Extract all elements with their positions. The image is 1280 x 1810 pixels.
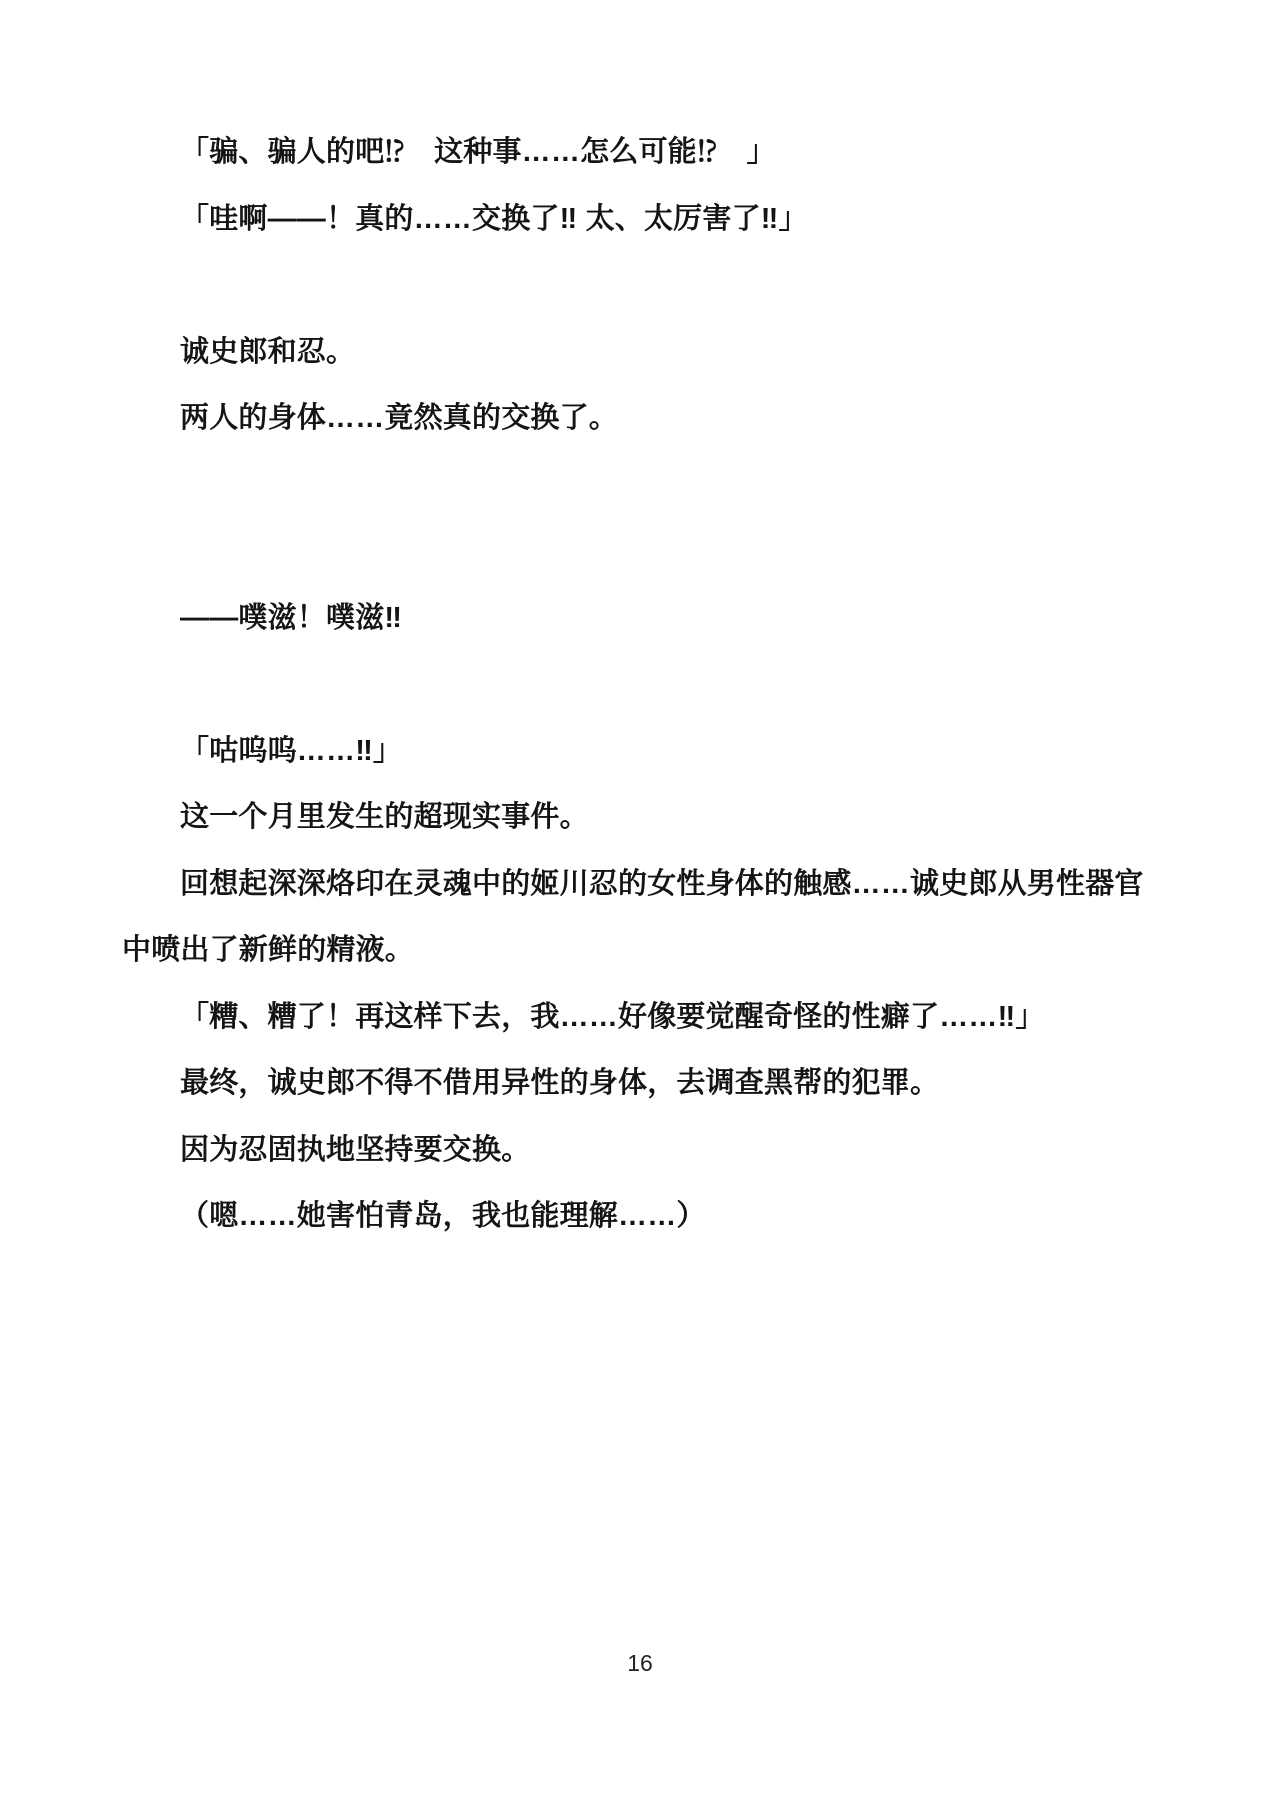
paragraph: 两人的身体……竟然真的交换了。	[122, 385, 1162, 452]
paragraph: 「糟、糟了！再这样下去，我……好像要觉醒奇怪的性癖了……‼」	[122, 984, 1162, 1051]
paragraph	[122, 452, 1162, 519]
paragraph	[122, 651, 1162, 718]
paragraph: 这一个月里发生的超现实事件。	[122, 784, 1162, 851]
text-body: 「骗、骗人的吧⁉ 这种事……怎么可能⁉ 」「哇啊——！真的……交换了‼ 太、太厉…	[122, 119, 1162, 1250]
paragraph	[122, 252, 1162, 319]
paragraph: 回想起深深烙印在灵魂中的姬川忍的女性身体的触感……诚史郎从男性器官中喷出了新鲜的…	[122, 851, 1162, 984]
page-number: 16	[0, 1648, 1280, 1678]
paragraph: （嗯……她害怕青岛，我也能理解……）	[122, 1183, 1162, 1250]
paragraph	[122, 518, 1162, 585]
paragraph: 「咕呜呜……‼」	[122, 718, 1162, 785]
paragraph: 因为忍固执地坚持要交换。	[122, 1117, 1162, 1184]
paragraph: 诚史郎和忍。	[122, 319, 1162, 386]
paragraph: 最终，诚史郎不得不借用异性的身体，去调查黑帮的犯罪。	[122, 1050, 1162, 1117]
paragraph: 「骗、骗人的吧⁉ 这种事……怎么可能⁉ 」	[122, 119, 1162, 186]
document-page: 「骗、骗人的吧⁉ 这种事……怎么可能⁉ 」「哇啊——！真的……交换了‼ 太、太厉…	[0, 0, 1280, 1810]
paragraph: ——噗滋！噗滋‼	[122, 585, 1162, 652]
paragraph: 「哇啊——！真的……交换了‼ 太、太厉害了‼」	[122, 186, 1162, 253]
